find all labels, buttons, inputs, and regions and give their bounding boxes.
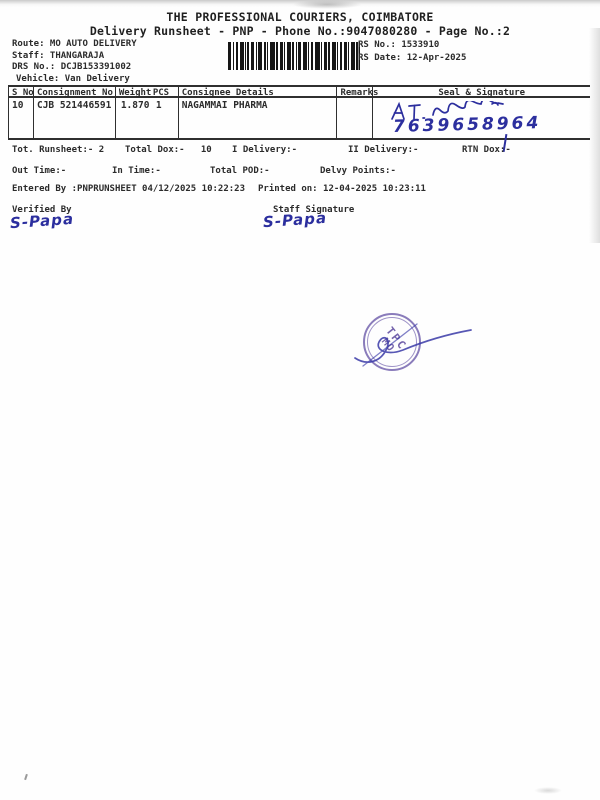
runsheet-table: S No Consignment No Weight PCS Consignee… <box>8 85 590 140</box>
total-pod-text: Total POD:- <box>210 166 270 176</box>
column-header-seal-signature: Seal & Signature <box>373 87 590 96</box>
page-title: THE PROFESSIONAL COURIERS, COIMBATORE <box>0 10 600 24</box>
cell-consignment-no: CJB 521446591 <box>34 98 116 138</box>
page-subtitle: Delivery Runsheet - PNP - Phone No.:9047… <box>0 24 600 38</box>
tot-runsheet-text: Tot. Runsheet:- 2 <box>12 145 104 155</box>
cell-seal-signature: 7639658964 <box>373 98 590 138</box>
staff-text: Staff: THANGARAJA <box>12 51 104 61</box>
scan-smudge-artifact <box>534 787 562 794</box>
column-header-pcs: PCS <box>153 88 169 98</box>
in-time-text: In Time:- <box>112 166 161 176</box>
drs-no-text: DRS No.: DCJB153391002 <box>12 62 131 72</box>
rs-date-text: RS Date: 12-Apr-2025 <box>358 53 466 63</box>
handwritten-phone-number: 7639658964 <box>393 113 542 137</box>
table-row: 10 CJB 521446591 1.870 1 NAGAMMAI PHARMA <box>8 98 590 140</box>
route-text: Route: MO AUTO DELIVERY <box>12 39 137 49</box>
ii-delivery-text: II Delivery:- <box>348 145 418 155</box>
cell-consignee: NAGAMMAI PHARMA <box>179 98 338 138</box>
runsheet-document: THE PROFESSIONAL COURIERS, COIMBATORE De… <box>0 0 600 800</box>
scan-edge-artifact <box>589 28 600 243</box>
column-header-consignee-details: Consignee Details <box>179 87 338 96</box>
cell-pcs: 1 <box>156 100 162 111</box>
entered-by-text: Entered By :PNPRUNSHEET 04/12/2025 10:22… <box>12 184 245 194</box>
cell-weight: 1.870 <box>121 100 150 111</box>
column-header-weight-pcs: Weight PCS <box>116 87 179 96</box>
scan-speck-artifact <box>24 774 28 780</box>
column-header-remarks: Remarks <box>337 87 373 96</box>
cell-weight-pcs: 1.870 1 <box>116 98 179 138</box>
out-time-text: Out Time:- <box>12 166 66 176</box>
staff-handwritten-signature: S-Papa <box>262 209 327 231</box>
delvy-points-text: Delvy Points:- <box>320 166 396 176</box>
barcode-image <box>228 42 360 70</box>
total-dox-text: Total Dox:- 10 <box>125 145 212 155</box>
table-header-row: S No Consignment No Weight PCS Consignee… <box>8 85 590 98</box>
column-header-s-no: S No <box>9 87 34 96</box>
cell-remarks <box>337 98 373 138</box>
column-header-consignment-no: Consignment No <box>34 87 116 96</box>
scan-smudge-artifact <box>292 0 362 9</box>
column-header-weight: Weight <box>119 88 152 98</box>
vehicle-text: Vehicle: Van Delivery <box>16 74 130 84</box>
rtn-dox-text: RTN Dox:- <box>462 145 511 155</box>
stamp-signature-squiggle <box>345 298 475 376</box>
printed-on-text: Printed on: 12-04-2025 10:23:11 <box>258 184 426 194</box>
verified-by-handwritten-signature: S-Papa <box>9 210 74 232</box>
rs-no-text: RS No.: 1533910 <box>358 40 439 50</box>
cell-s-no: 10 <box>9 98 34 138</box>
i-delivery-text: I Delivery:- <box>232 145 297 155</box>
